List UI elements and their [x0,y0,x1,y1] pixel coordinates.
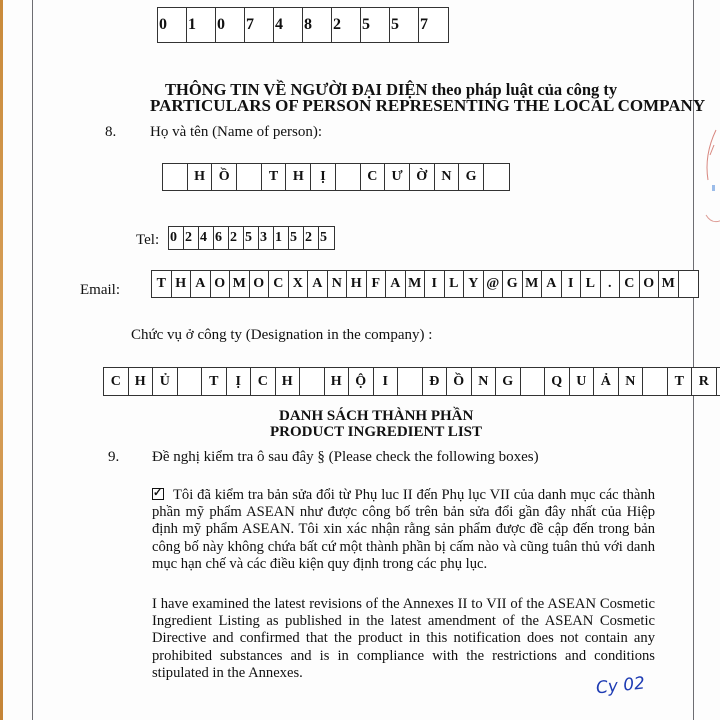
char-box: T [668,368,693,395]
char-box: O [640,271,660,297]
char-box: Ồ [212,164,237,190]
char-box: A [308,271,328,297]
char-box: M [406,271,426,297]
char-box: A [191,271,211,297]
char-box: . [601,271,621,297]
char-box: C [269,271,289,297]
char-box: Ị [311,164,336,190]
char-box: Q [545,368,570,395]
char-box: H [325,368,350,395]
char-box: N [472,368,497,395]
char-box: 3 [259,227,274,249]
char-box: O [211,271,231,297]
char-box: A [542,271,562,297]
declaration-vn-text: Tôi đã kiểm tra bản sửa đổi từ Phụ luc I… [152,487,655,572]
char-box: O [250,271,270,297]
char-box: @ [484,271,504,297]
list-title-en: PRODUCT INGREDIENT LIST [270,424,482,441]
checkbox-checked-icon[interactable] [152,488,164,500]
char-box: Ồ [447,368,472,395]
char-box: 4 [199,227,214,249]
char-box: Ả [594,368,619,395]
char-box: I [562,271,582,297]
char-box: N [328,271,348,297]
name-boxes[interactable]: HỒTHỊCƯỜNG [162,163,510,191]
char-box: 2 [229,227,244,249]
char-box [300,368,325,395]
char-box: Ị [717,368,720,395]
char-box: 5 [319,227,334,249]
char-box: R [692,368,717,395]
section-title-en: PARTICULARS OF PERSON REPRESENTING THE L… [150,96,705,116]
email-label: Email: [80,282,120,299]
char-box: 7 [245,8,274,42]
char-box: H [172,271,192,297]
char-box: M [659,271,679,297]
red-stamp-fragment-icon [702,125,720,235]
char-box [484,164,509,190]
char-box: M [523,271,543,297]
char-box: 8 [303,8,332,42]
char-box: F [367,271,387,297]
left-margin-line [32,0,33,720]
signature-initials: Cy 02 [595,673,646,698]
char-box: A [386,271,406,297]
char-box [178,368,203,395]
char-box [521,368,546,395]
item-number-9: 9. [108,449,119,466]
tel-label: Tel: [136,232,159,249]
char-box: 1 [187,8,216,42]
tel-boxes[interactable]: 02462531525 [168,226,335,250]
char-box: H [276,368,301,395]
char-box [398,368,423,395]
page-edge-strip [0,0,3,720]
char-box: 2 [184,227,199,249]
char-box: C [620,271,640,297]
char-box: 2 [332,8,361,42]
char-box: L [445,271,465,297]
char-box [336,164,361,190]
char-box: 5 [289,227,304,249]
char-box: Đ [423,368,448,395]
char-box: I [425,271,445,297]
char-box: C [251,368,276,395]
char-box: X [289,271,309,297]
char-box: M [230,271,250,297]
char-box: I [374,368,399,395]
char-box: 6 [214,227,229,249]
char-box: H [188,164,213,190]
char-box [643,368,668,395]
char-box: G [496,368,521,395]
email-boxes[interactable]: THAOMOCXANHFAMILY@GMAIL.COM [151,270,699,298]
char-box: C [361,164,386,190]
list-title-vn: DANH SÁCH THÀNH PHẦN [279,408,473,425]
char-box: Ị [227,368,252,395]
char-box [237,164,262,190]
char-box: 5 [361,8,390,42]
item-number-8: 8. [105,124,116,141]
char-box: 5 [390,8,419,42]
declaration-en: I have examined the latest revisions of … [152,596,655,682]
char-box: Ư [385,164,410,190]
designation-label: Chức vụ ở công ty (Designation in the co… [131,327,432,344]
char-box: N [435,164,460,190]
char-box: 7 [419,8,448,42]
char-box: T [202,368,227,395]
declaration-vn: Tôi đã kiểm tra bản sửa đổi từ Phụ luc I… [152,487,655,573]
char-box: H [347,271,367,297]
designation-boxes[interactable]: CHỦTỊCHHỘIĐỒNGQUẢNTRỊ [103,367,720,396]
char-box: T [152,271,172,297]
char-box: 1 [274,227,289,249]
char-box: 5 [244,227,259,249]
char-box: G [459,164,484,190]
char-box: 2 [304,227,319,249]
tax-code-boxes: 0107482557 [157,7,449,43]
char-box: C [104,368,129,395]
char-box: Ờ [410,164,435,190]
char-box [679,271,699,297]
name-label: Họ và tên (Name of person): [150,124,322,141]
char-box: 0 [216,8,245,42]
check-instruction: Đề nghị kiểm tra ô sau đây § (Please che… [152,449,539,466]
char-box: H [286,164,311,190]
char-box: Y [464,271,484,297]
char-box: Ủ [153,368,178,395]
char-box: T [262,164,287,190]
char-box: L [581,271,601,297]
char-box: H [129,368,154,395]
char-box: 0 [169,227,184,249]
char-box: U [570,368,595,395]
char-box: N [619,368,644,395]
char-box: 4 [274,8,303,42]
char-box: 0 [158,8,187,42]
char-box [163,164,188,190]
char-box: G [503,271,523,297]
char-box: Ộ [349,368,374,395]
